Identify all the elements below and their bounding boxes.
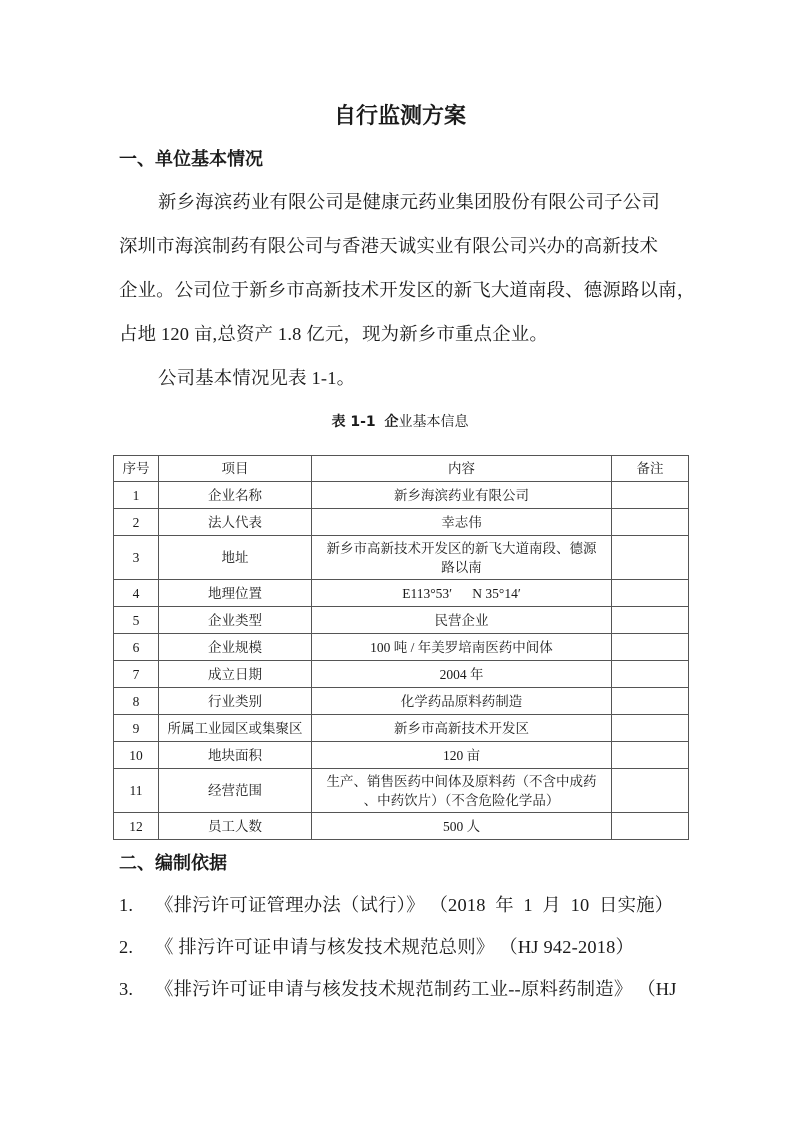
table-header-row: 序号 项目 内容 备注 [114,456,689,482]
cell-content: 100 吨 / 年美罗培南医药中间体 [312,634,612,661]
cell-no: 12 [114,813,159,840]
section-heading-2: 二、编制依据 [119,852,227,876]
cell-content: 民营企业 [312,607,612,634]
reference-number: 1. [119,893,155,917]
cell-content: 120 亩 [312,742,612,769]
cell-no: 7 [114,661,159,688]
header-note: 备注 [612,456,689,482]
reference-text: 《排污许可证申请与核发技术规范制药工业--原料药制造》 （HJ [155,979,677,999]
cell-note [612,580,689,607]
paragraph-line-3: 企业。公司位于新乡市高新技术开发区的新飞大道南段、德源路以南， [119,278,695,302]
table-row: 10 地块面积 120 亩 [114,742,689,769]
cell-content-line-1: 生产、销售医药中间体及原料药（不含中成药 [314,772,609,791]
enterprise-info-table: 序号 项目 内容 备注 1 企业名称 新乡海滨药业有限公司 2 法人代表 幸志伟… [113,455,689,840]
cell-note [612,661,689,688]
reference-text: 《排污许可证管理办法（试行）》 （2018 年 1 月 10 日实施） [155,895,673,915]
cell-content: 新乡市高新技术开发区 [312,715,612,742]
document-title: 自行监测方案 [0,103,800,131]
cell-no: 1 [114,482,159,509]
reference-item-3: 3.《排污许可证申请与核发技术规范制药工业--原料药制造》 （HJ [119,977,677,1001]
cell-item: 成立日期 [159,661,312,688]
cell-note [612,688,689,715]
cell-no: 10 [114,742,159,769]
cell-item: 所属工业园区或集聚区 [159,715,312,742]
cell-item: 员工人数 [159,813,312,840]
header-item: 项目 [159,456,312,482]
cell-no: 6 [114,634,159,661]
cell-note [612,813,689,840]
reference-item-1: 1.《排污许可证管理办法（试行）》 （2018 年 1 月 10 日实施） [119,893,673,917]
cell-item: 企业类型 [159,607,312,634]
cell-no: 2 [114,509,159,536]
cell-note [612,769,689,813]
cell-content: 化学药品原料药制造 [312,688,612,715]
cell-item: 地块面积 [159,742,312,769]
table-row: 7 成立日期 2004 年 [114,661,689,688]
table-row: 12 员工人数 500 人 [114,813,689,840]
cell-no: 8 [114,688,159,715]
section-heading-1: 一、单位基本情况 [119,148,263,172]
table-row: 6 企业规模 100 吨 / 年美罗培南医药中间体 [114,634,689,661]
reference-item-2: 2.《 排污许可证申请与核发技术规范总则》 （HJ 942-2018） [119,935,634,959]
cell-content: 新乡海滨药业有限公司 [312,482,612,509]
cell-note [612,742,689,769]
cell-note [612,715,689,742]
cell-note [612,607,689,634]
cell-content: 2004 年 [312,661,612,688]
table-row: 1 企业名称 新乡海滨药业有限公司 [114,482,689,509]
cell-content-line-2: 、中药饮片）（不含危险化学品） [314,791,609,810]
cell-note [612,634,689,661]
header-no: 序号 [114,456,159,482]
cell-content: 生产、销售医药中间体及原料药（不含中成药 、中药饮片）（不含危险化学品） [312,769,612,813]
table-row: 5 企业类型 民营企业 [114,607,689,634]
paragraph-line-4: 占地 120 亩,总资产 1.8 亿元，现为新乡市重点企业。 [119,322,548,346]
table-reference-text: 公司基本情况见表 1-1。 [158,366,355,390]
cell-content-line-1: 新乡市高新技术开发区的新飞大道南段、德源 [314,539,609,558]
table-row: 4 地理位置 E113°53′ N 35°14′ [114,580,689,607]
cell-note [612,536,689,580]
cell-item: 地址 [159,536,312,580]
table-caption-prefix: 表 1-1 [331,414,375,430]
cell-item: 企业规模 [159,634,312,661]
paragraph-line-2: 深圳市海滨制药有限公司与香港天诚实业有限公司兴办的高新技术 [119,234,658,258]
paragraph-line-1: 新乡海滨药业有限公司是健康元药业集团股份有限公司子公司 [158,190,660,214]
cell-no: 5 [114,607,159,634]
table-row: 11 经营范围 生产、销售医药中间体及原料药（不含中成药 、中药饮片）（不含危险… [114,769,689,813]
cell-no: 9 [114,715,159,742]
table-row: 3 地址 新乡市高新技术开发区的新飞大道南段、德源 路以南 [114,536,689,580]
cell-content: 幸志伟 [312,509,612,536]
cell-item: 法人代表 [159,509,312,536]
cell-content: 500 人 [312,813,612,840]
cell-content-line-2: 路以南 [314,558,609,577]
table-row: 2 法人代表 幸志伟 [114,509,689,536]
reference-number: 3. [119,977,155,1001]
reference-text: 《 排污许可证申请与核发技术规范总则》 （HJ 942-2018） [155,937,634,957]
table-caption: 表 1-1 企业基本信息 [0,412,800,432]
reference-number: 2. [119,935,155,959]
cell-item: 地理位置 [159,580,312,607]
cell-item: 行业类别 [159,688,312,715]
cell-note [612,482,689,509]
cell-item: 经营范围 [159,769,312,813]
cell-content: E113°53′ N 35°14′ [312,580,612,607]
header-content: 内容 [312,456,612,482]
cell-no: 4 [114,580,159,607]
cell-content: 新乡市高新技术开发区的新飞大道南段、德源 路以南 [312,536,612,580]
table-caption-rest: 业基本信息 [399,414,469,430]
cell-note [612,509,689,536]
table-row: 9 所属工业园区或集聚区 新乡市高新技术开发区 [114,715,689,742]
cell-item: 企业名称 [159,482,312,509]
table-caption-bold-char: 企 [385,414,399,430]
table-row: 8 行业类别 化学药品原料药制造 [114,688,689,715]
cell-no: 11 [114,769,159,813]
cell-no: 3 [114,536,159,580]
